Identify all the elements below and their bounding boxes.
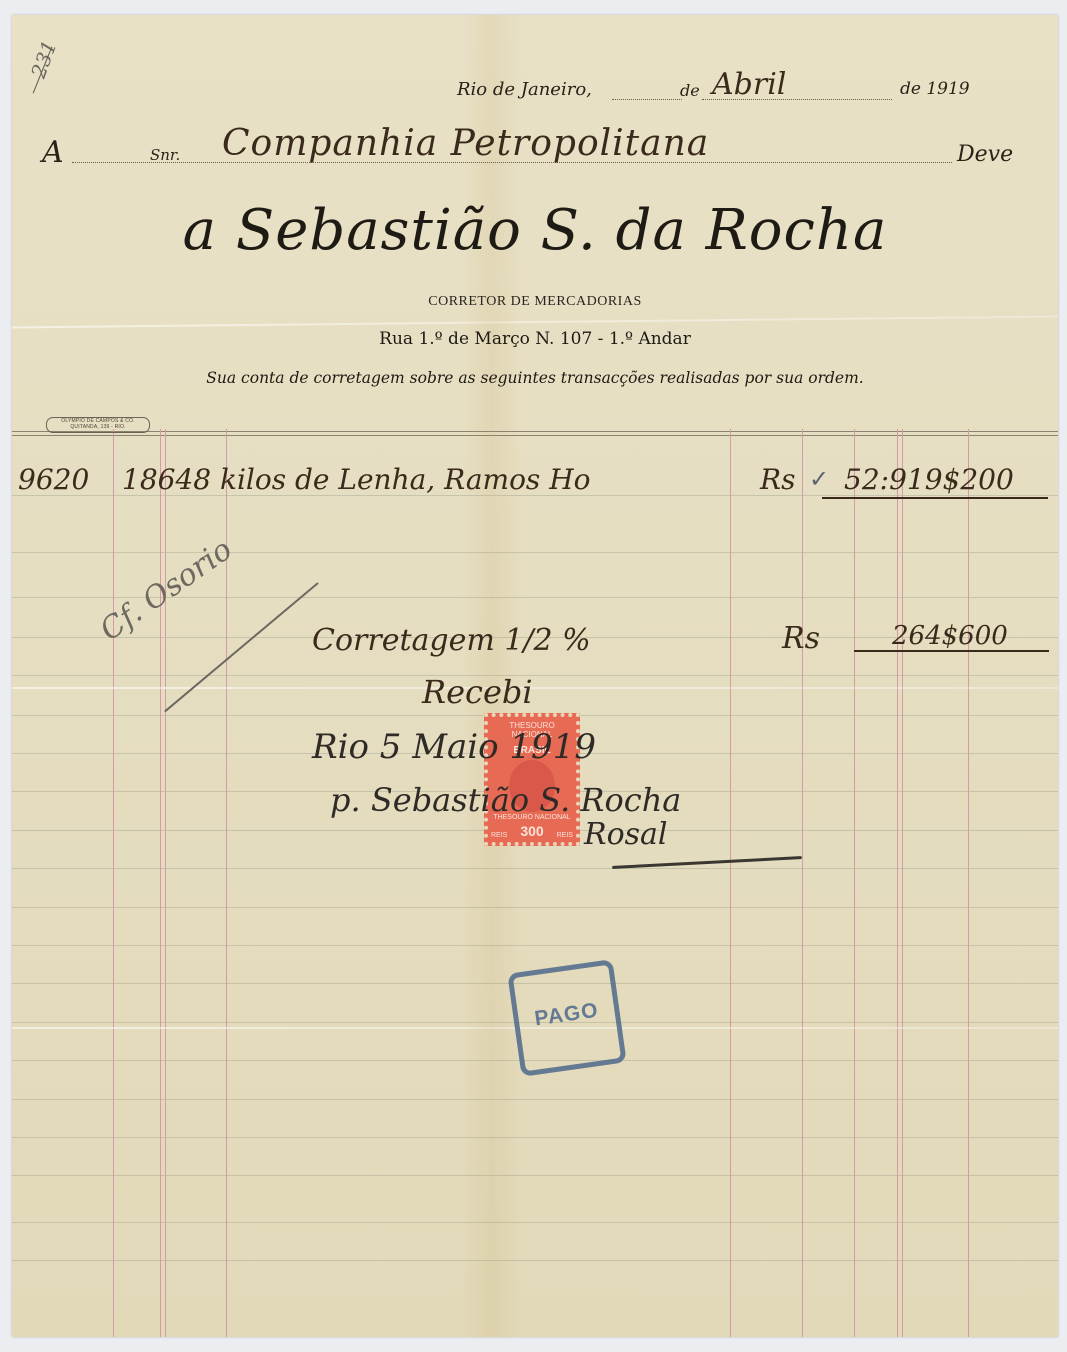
entry-currency: Rs (782, 621, 820, 656)
year-label: de 1919 (900, 79, 970, 99)
entry-amount: 264$600 (892, 621, 1008, 651)
column-rule (113, 429, 114, 1337)
salutation: Snr. (150, 146, 180, 164)
column-rule (802, 429, 803, 1337)
date-prefix: de (680, 81, 700, 100)
fold-crease (12, 687, 1058, 689)
date-dots (612, 99, 682, 100)
entry-description: 18648 kilos de Lenha, Ramos Ho (122, 463, 590, 496)
printer-address: QUITANDA, 139 - RIO. (47, 424, 149, 430)
entry-amount: 52:919$200 (844, 463, 1014, 496)
entry-description: Corretagem 1/2 % (312, 623, 591, 658)
signature: p. Sebastião S. Rocha (330, 781, 681, 819)
column-rule (968, 429, 969, 1337)
column-rule-double (897, 429, 903, 1337)
column-rule (854, 429, 855, 1337)
amount-underline (854, 650, 1049, 652)
paid-stamp: PAGO (507, 959, 626, 1077)
receipt-word: Recebi (422, 673, 533, 711)
pencil-stroke (164, 582, 318, 712)
check-mark-icon: ✓ (809, 465, 829, 494)
to-prefix: A (42, 135, 64, 170)
reference-number: 231 (26, 37, 62, 81)
owes-label: Deve (957, 142, 1013, 167)
firm-name: a Sebastião S. da Rocha (12, 198, 1058, 263)
column-rule-double (160, 429, 166, 1337)
recipient-name: Companhia Petropolitana (222, 123, 709, 164)
pencil-note: Cf. Osorio (94, 532, 239, 648)
invoice-paper: 231 Rio de Janeiro, de Abril de 1919 A S… (12, 15, 1058, 1337)
month-value: Abril (712, 67, 786, 102)
stamp-unit: REIS (491, 832, 507, 839)
column-rule (730, 429, 731, 1337)
signature-line2: Rosal (584, 817, 668, 852)
paid-stamp-text: PAGO (517, 996, 615, 1033)
amount-underline (822, 497, 1048, 499)
entry-currency: Rs (760, 463, 795, 496)
fold-crease (12, 316, 1058, 329)
intro-line: Sua conta de corretagem sobre as seguint… (12, 369, 1058, 387)
stamp-value: 300 (520, 823, 543, 839)
firm-title: CORRETOR DE MERCADORIAS (12, 294, 1058, 310)
place-label: Rio de Janeiro, (457, 79, 592, 100)
receipt-date: Rio 5 Maio 1919 (312, 727, 596, 767)
stamp-unit: REIS (557, 832, 573, 839)
entry-ref: 9620 (18, 463, 89, 496)
printer-mark: OLYMPIO DE CAMPOS & CO. QUITANDA, 139 - … (46, 417, 150, 433)
firm-address: Rua 1.º de Março N. 107 - 1.º Andar (12, 329, 1058, 349)
